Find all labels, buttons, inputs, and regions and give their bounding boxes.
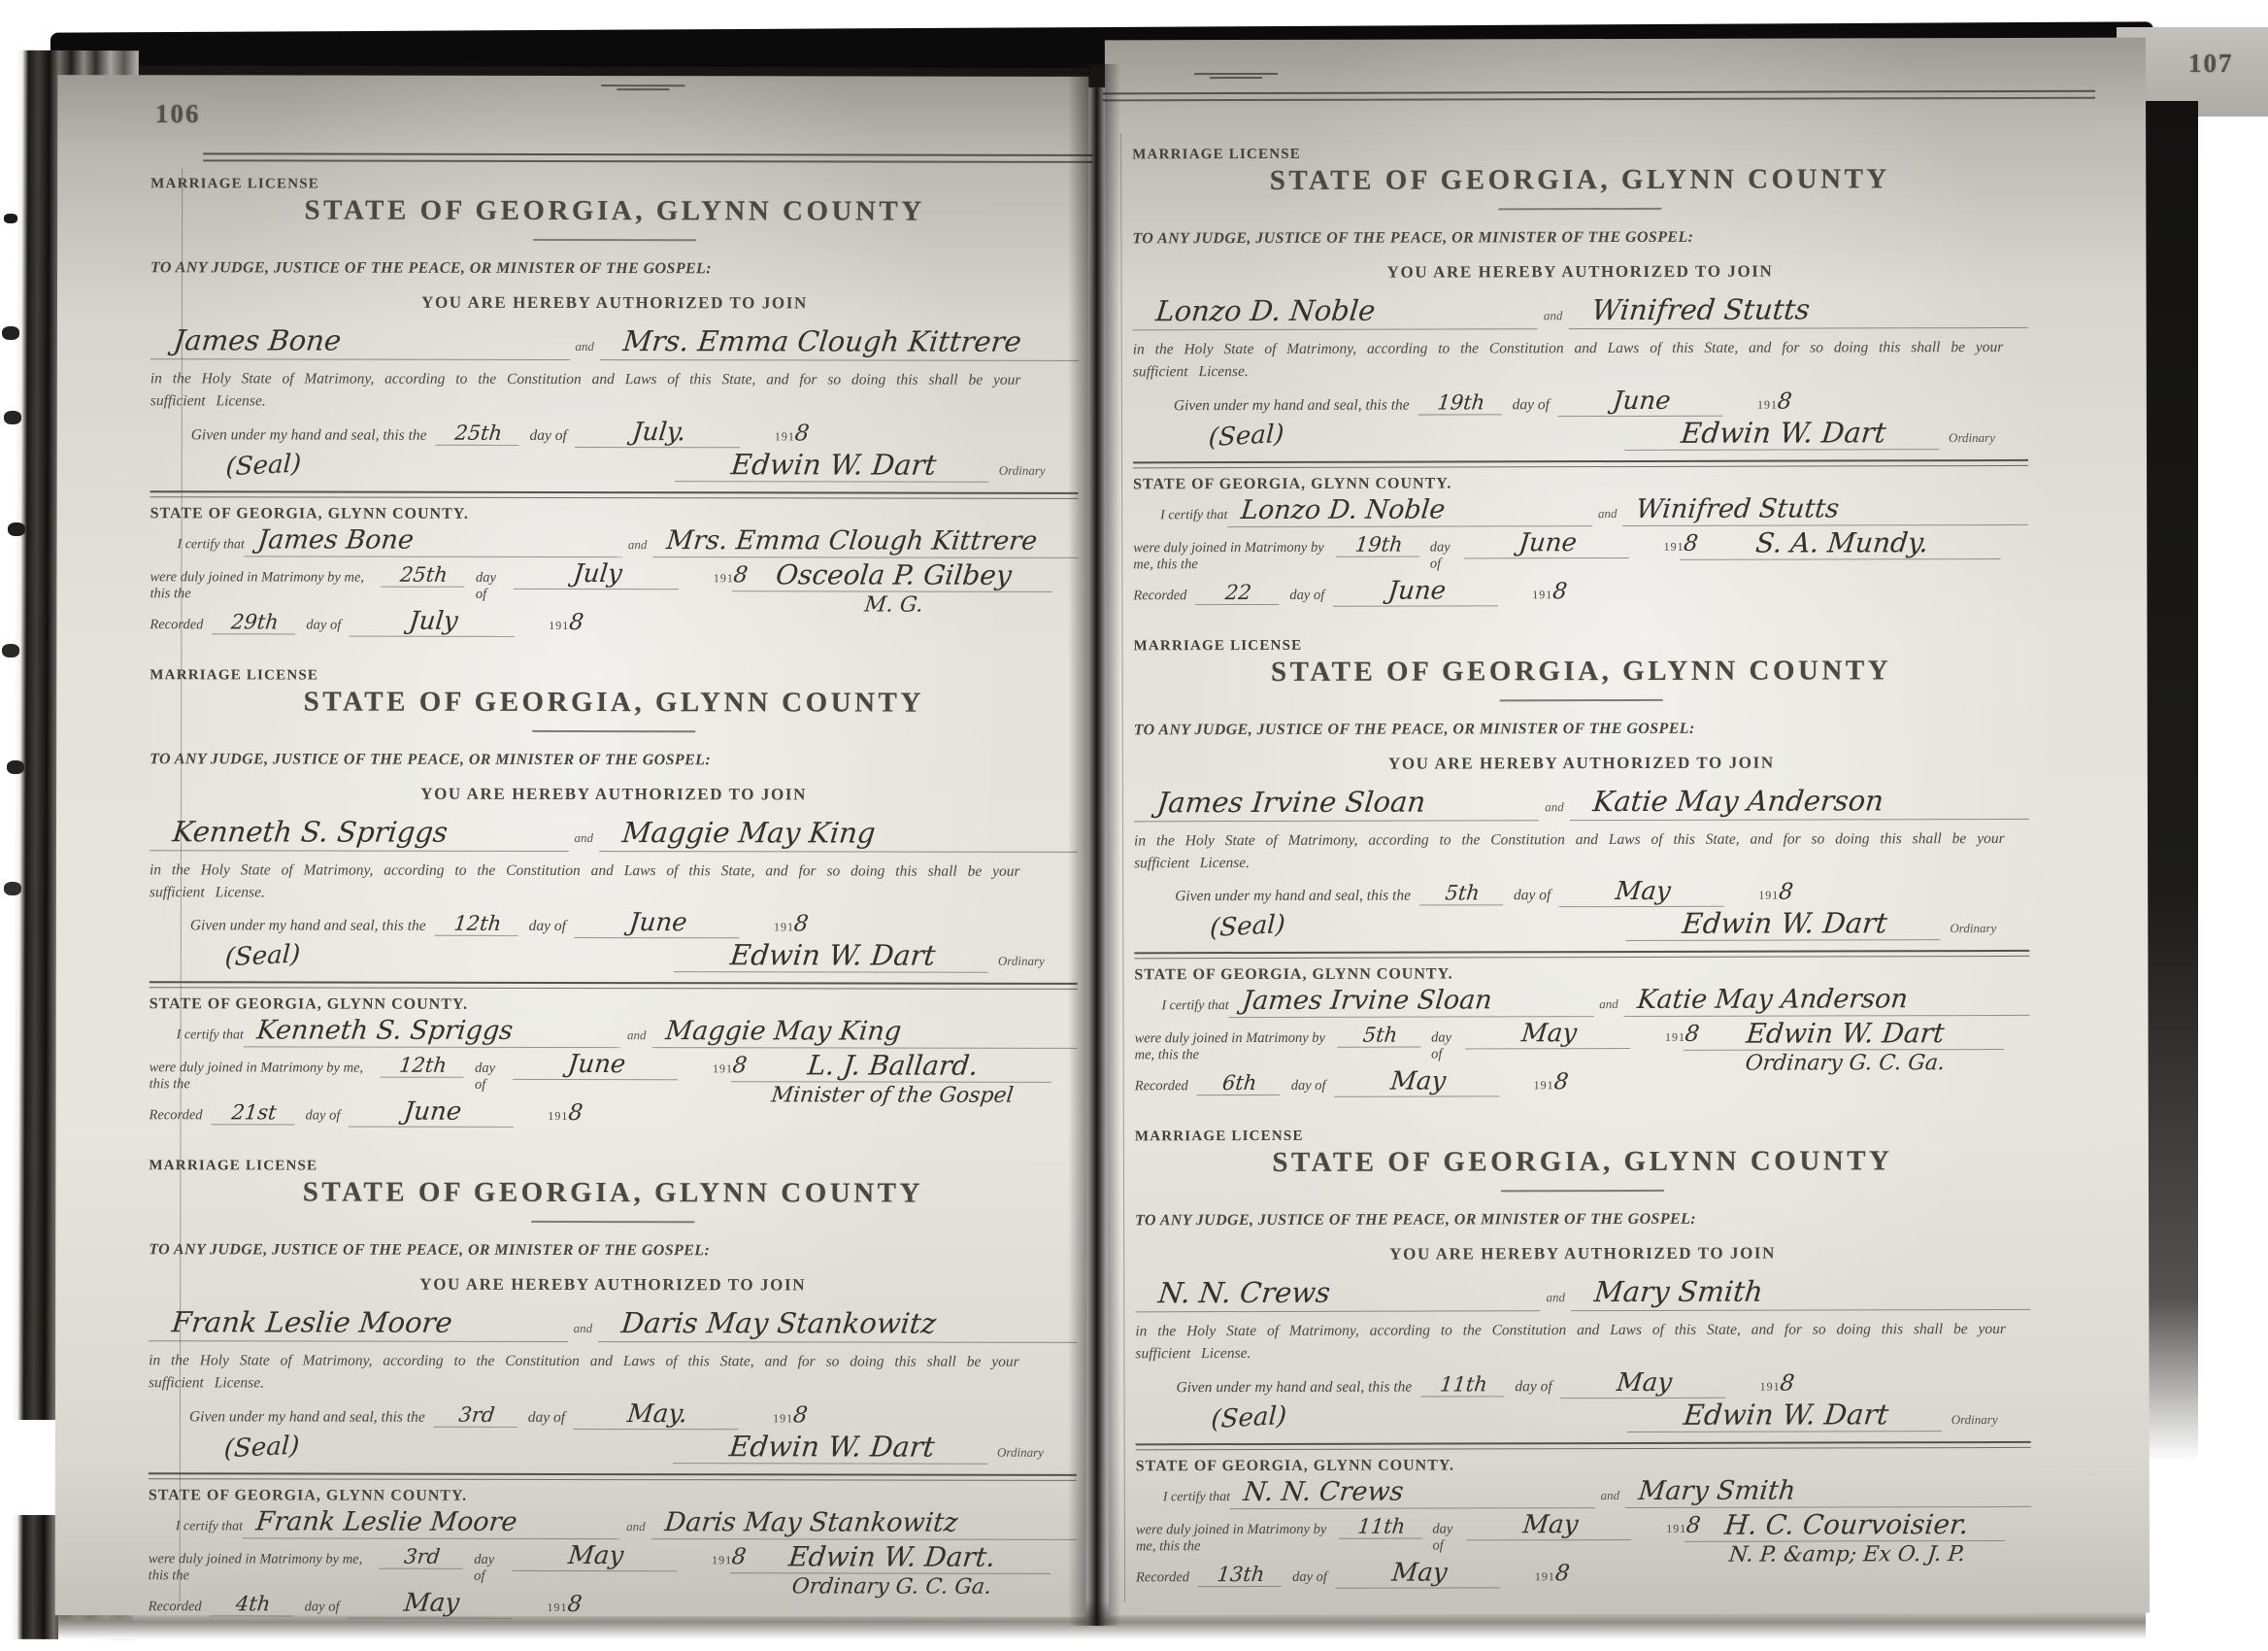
cert-bride-name: Katie May Anderson bbox=[1636, 984, 1910, 1015]
cert-bride-field: Winifred Stutts bbox=[1622, 492, 2028, 525]
officiant-signature: L. J. Ballard. bbox=[731, 1049, 1055, 1083]
license-year-suffix: 8 bbox=[792, 1402, 809, 1428]
joined-day: 5th bbox=[1337, 1024, 1423, 1048]
records-column-right: MARRIAGE LICENSE STATE OF GEORGIA, GLYNN… bbox=[1132, 145, 2031, 1620]
groom-name: Lonzo D. Noble bbox=[1154, 294, 1377, 328]
recorded-year: 1918 bbox=[549, 609, 584, 634]
license-year-suffix: 8 bbox=[793, 421, 810, 446]
and-word: and bbox=[1598, 506, 1618, 522]
year-printed: 191 bbox=[1760, 1379, 1781, 1393]
joined-prefix: were duly joined in Matrimony by me, thi… bbox=[1135, 1030, 1329, 1064]
cert-groom-name: Frank Leslie Moore bbox=[254, 1506, 518, 1536]
marriage-certificate: STATE OF GEORGIA, GLYNN COUNTY. I certif… bbox=[150, 505, 1078, 667]
joined-month: May bbox=[512, 1540, 680, 1570]
year-printed: 191 bbox=[1534, 1078, 1554, 1092]
joined-day: 3rd bbox=[380, 1544, 466, 1568]
seal-signature-row: (Seal) Edwin W. Dart Ordinary bbox=[1133, 415, 2028, 451]
officiant-title: Ordinary G. C. Ga. bbox=[1745, 1051, 1947, 1076]
day-of-label: day of bbox=[529, 918, 566, 935]
year-printed: 191 bbox=[548, 1109, 568, 1123]
cert-bride-field: Maggie May King bbox=[652, 1016, 1078, 1049]
day-of-label: day of bbox=[1514, 887, 1551, 904]
authorized-line: YOU ARE HEREBY AUTHORIZED TO JOIN bbox=[150, 292, 1079, 314]
license-title: STATE OF GEORGIA, GLYNN COUNTY bbox=[150, 686, 1078, 720]
ordinary-signature-block: Edwin W. Dart Ordinary bbox=[677, 448, 1046, 483]
recorded-day: 6th bbox=[1196, 1071, 1283, 1095]
addressee-line: TO ANY JUDGE, JUSTICE OF THE PEACE, OR M… bbox=[1134, 719, 2029, 738]
year-printed: 191 bbox=[547, 1600, 567, 1613]
marriage-record: MARRIAGE LICENSE STATE OF GEORGIA, GLYNN… bbox=[150, 176, 1079, 666]
ordinary-label: Ordinary bbox=[1951, 1412, 1998, 1428]
section-separator-rule bbox=[150, 981, 1078, 990]
printer-imprint bbox=[1194, 73, 1278, 82]
license-body-text: in the Holy State of Matrimony, accordin… bbox=[1135, 1318, 2030, 1365]
cert-bride-name: Daris May Stankowitz bbox=[663, 1507, 959, 1538]
seal-annotation: (Seal) bbox=[224, 940, 301, 973]
groom-name: N. N. Crews bbox=[1157, 1276, 1332, 1309]
license-year: 1918 bbox=[774, 911, 809, 936]
couple-names-line: James Bone and Mrs. Emma Clough Kittrere bbox=[150, 323, 1079, 361]
year-printed: 191 bbox=[549, 618, 569, 631]
joined-day: 12th bbox=[381, 1054, 467, 1078]
day-of-label: day of bbox=[306, 1108, 341, 1125]
recorded-year-suffix: 8 bbox=[566, 1591, 583, 1616]
license-month: June bbox=[574, 908, 742, 938]
officiant-signature: Edwin W. Dart. bbox=[730, 1540, 1054, 1574]
officiant-signature-block: Edwin W. Dart. Ordinary G. C. Ga. bbox=[708, 1540, 1077, 1600]
marriage-certificate: STATE OF GEORGIA, GLYNN COUNTY. I certif… bbox=[1134, 964, 2029, 1127]
ordinary-signature: Edwin W. Dart bbox=[1624, 416, 1943, 451]
marriage-certificate: STATE OF GEORGIA, GLYNN COUNTY. I certif… bbox=[149, 1487, 1077, 1649]
couple-names-line: Lonzo D. Noble and Winifred Stutts bbox=[1133, 292, 2028, 330]
given-prefix: Given under my hand and seal, this the bbox=[1176, 1378, 1412, 1397]
joined-day: 25th bbox=[382, 562, 468, 587]
body-line-1: in the Holy State of Matrimony, accordin… bbox=[1133, 339, 2004, 357]
and-word: and bbox=[1545, 799, 1564, 815]
recorded-day: 13th bbox=[1198, 1562, 1284, 1586]
day-of-label: day of bbox=[475, 1061, 505, 1094]
seal-annotation: (Seal) bbox=[1208, 419, 1284, 452]
and-word: and bbox=[574, 1321, 593, 1336]
printer-imprint bbox=[601, 84, 684, 93]
certify-line: I certify that James Irvine Sloan and Ka… bbox=[1134, 984, 2029, 1018]
recorded-year-suffix: 8 bbox=[1551, 579, 1568, 604]
recorded-month: May bbox=[1335, 1558, 1503, 1588]
recorded-year: 1918 bbox=[1535, 1561, 1570, 1586]
license-body-text: in the Holy State of Matrimony, accordin… bbox=[149, 1349, 1077, 1396]
license-year: 1918 bbox=[775, 421, 810, 446]
marriage-record: MARRIAGE LICENSE STATE OF GEORGIA, GLYNN… bbox=[149, 1158, 1078, 1648]
addressee-line: TO ANY JUDGE, JUSTICE OF THE PEACE, OR M… bbox=[149, 1241, 1077, 1261]
groom-name: Frank Leslie Moore bbox=[170, 1305, 453, 1338]
cert-groom-field: N. N. Crews bbox=[1230, 1476, 1595, 1509]
authorized-line: YOU ARE HEREBY AUTHORIZED TO JOIN bbox=[149, 1274, 1077, 1296]
bride-name: Mary Smith bbox=[1592, 1275, 1764, 1308]
seal-signature-row: (Seal) Edwin W. Dart Ordinary bbox=[1136, 1397, 2031, 1432]
addressee-line: TO ANY JUDGE, JUSTICE OF THE PEACE, OR M… bbox=[150, 751, 1078, 770]
ordinary-signature: Edwin W. Dart bbox=[1627, 1398, 1946, 1432]
couple-names-line: Frank Leslie Moore and Daris May Stankow… bbox=[149, 1305, 1077, 1343]
section-separator-rule bbox=[149, 1472, 1077, 1481]
seal-annotation: (Seal) bbox=[1211, 1400, 1287, 1433]
bride-name-field: Mary Smith bbox=[1571, 1274, 2030, 1311]
officiant-signature: Edwin W. Dart bbox=[1684, 1017, 2007, 1051]
and-word: and bbox=[627, 1028, 647, 1043]
day-of-label: day of bbox=[1291, 1078, 1326, 1095]
recorded-month: July bbox=[350, 606, 517, 636]
marriage-record: MARRIAGE LICENSE STATE OF GEORGIA, GLYNN… bbox=[149, 667, 1078, 1158]
certificate-header: STATE OF GEORGIA, GLYNN COUNTY. bbox=[150, 995, 1078, 1015]
ordinary-signature-block: Edwin W. Dart Ordinary bbox=[675, 1430, 1044, 1465]
certify-line: I certify that Lonzo D. Noble and Winifr… bbox=[1133, 492, 2028, 526]
recorded-label: Recorded bbox=[1133, 588, 1186, 604]
and-word: and bbox=[1546, 1290, 1565, 1305]
bride-name: Katie May Anderson bbox=[1591, 784, 1885, 818]
cert-bride-name: Maggie May King bbox=[664, 1016, 903, 1046]
recorded-day: 4th bbox=[210, 1592, 296, 1616]
day-of-label: day of bbox=[1292, 1568, 1327, 1585]
addressee-line: TO ANY JUDGE, JUSTICE OF THE PEACE, OR M… bbox=[150, 259, 1079, 279]
given-line: Given under my hand and seal, this the 5… bbox=[1134, 876, 2029, 908]
bride-name-field: Mrs. Emma Clough Kittrere bbox=[600, 324, 1079, 361]
body-line-2: sufficient License. bbox=[1135, 1345, 1251, 1362]
officiant-signature-block: Osceola P. Gilbey M. G. bbox=[709, 558, 1078, 618]
recorded-month: May bbox=[1334, 1066, 1502, 1096]
recorded-year: 1918 bbox=[1534, 1069, 1569, 1095]
certificate-header: STATE OF GEORGIA, GLYNN COUNTY. bbox=[150, 505, 1079, 524]
bride-name: Maggie May King bbox=[620, 816, 877, 849]
year-printed: 191 bbox=[773, 1411, 793, 1425]
body-line-2: sufficient License. bbox=[1134, 855, 1250, 871]
body-line-1: in the Holy State of Matrimony, accordin… bbox=[150, 861, 1020, 880]
book-gutter-shadow bbox=[1068, 64, 1120, 1626]
officiant-signature: Osceola P. Gilbey bbox=[732, 558, 1056, 592]
title-rule bbox=[531, 1221, 694, 1223]
section-separator-rule bbox=[1134, 950, 2029, 959]
license-title: STATE OF GEORGIA, GLYNN COUNTY bbox=[149, 1176, 1077, 1210]
recorded-year-suffix: 8 bbox=[567, 1100, 584, 1126]
ordinary-label: Ordinary bbox=[997, 1444, 1044, 1460]
page-number-left: 106 bbox=[155, 99, 201, 129]
recorded-month: June bbox=[1333, 576, 1501, 606]
year-printed: 191 bbox=[1757, 397, 1778, 411]
groom-name: James Bone bbox=[172, 323, 343, 356]
section-separator-rule bbox=[150, 490, 1079, 499]
title-rule bbox=[1501, 1190, 1664, 1192]
year-printed: 191 bbox=[1758, 889, 1779, 902]
cert-bride-name: Winifred Stutts bbox=[1635, 493, 1841, 524]
certificate-header: STATE OF GEORGIA, GLYNN COUNTY. bbox=[1133, 473, 2028, 492]
joined-month: June bbox=[513, 1050, 681, 1080]
day-of-label: day of bbox=[305, 1599, 340, 1615]
license-year: 1918 bbox=[773, 1402, 808, 1428]
and-word: and bbox=[628, 537, 648, 553]
year-printed: 191 bbox=[775, 429, 795, 443]
body-line-2: sufficient License. bbox=[1133, 363, 1249, 380]
license-month: June bbox=[1557, 386, 1725, 416]
license-year: 1918 bbox=[1758, 880, 1793, 905]
cert-groom-name: James Bone bbox=[256, 524, 416, 555]
marriage-certificate: STATE OF GEORGIA, GLYNN COUNTY. I certif… bbox=[1133, 473, 2028, 635]
groom-name-field: N. N. Crews bbox=[1135, 1275, 1540, 1312]
day-of-label: day of bbox=[1431, 1029, 1457, 1062]
given-prefix: Given under my hand and seal, this the bbox=[191, 426, 427, 444]
cert-bride-field: Katie May Anderson bbox=[1624, 984, 2030, 1017]
couple-names-line: N. N. Crews and Mary Smith bbox=[1135, 1274, 2030, 1312]
recorded-label: Recorded bbox=[149, 1107, 202, 1124]
license-day: 25th bbox=[435, 421, 521, 445]
recorded-day: 21st bbox=[211, 1100, 297, 1125]
addressee-line: TO ANY JUDGE, JUSTICE OF THE PEACE, OR M… bbox=[1135, 1210, 2030, 1230]
license-year-suffix: 8 bbox=[1779, 1370, 1795, 1396]
marriage-record: MARRIAGE LICENSE STATE OF GEORGIA, GLYNN… bbox=[1135, 1127, 2031, 1618]
couple-names-line: Kenneth S. Spriggs and Maggie May King bbox=[150, 815, 1078, 853]
page-number-right: 107 bbox=[2188, 49, 2234, 79]
and-word: and bbox=[575, 339, 594, 354]
certify-line: I certify that N. N. Crews and Mary Smit… bbox=[1136, 1474, 2031, 1508]
given-prefix: Given under my hand and seal, this the bbox=[1175, 888, 1411, 906]
license-day: 3rd bbox=[433, 1402, 519, 1427]
officiant-title: Minister of the Gospel bbox=[771, 1083, 1016, 1107]
marriage-license-label: MARRIAGE LICENSE bbox=[1135, 1127, 2030, 1145]
cert-groom-name: N. N. Crews bbox=[1242, 1476, 1405, 1506]
license-month: May. bbox=[573, 1399, 741, 1430]
license-day: 5th bbox=[1419, 881, 1506, 905]
bride-name-field: Katie May Anderson bbox=[1570, 783, 2029, 820]
recorded-year: 1918 bbox=[547, 1591, 582, 1616]
seal-signature-row: (Seal) Edwin W. Dart Ordinary bbox=[149, 1429, 1077, 1465]
day-of-label: day of bbox=[1432, 1521, 1458, 1554]
certify-line: I certify that James Bone and Mrs. Emma … bbox=[150, 524, 1079, 558]
joined-prefix: were duly joined in Matrimony by me, thi… bbox=[149, 1551, 372, 1584]
couple-names-line: James Irvine Sloan and Katie May Anderso… bbox=[1134, 783, 2029, 821]
officiant-title: N. P. &amp; Ex O. J. P. bbox=[1727, 1542, 1965, 1567]
marriage-certificate: STATE OF GEORGIA, GLYNN COUNTY. I certif… bbox=[1136, 1455, 2031, 1617]
officiant-signature-block: L. J. Ballard. Minister of the Gospel bbox=[709, 1049, 1078, 1108]
and-word: and bbox=[575, 830, 594, 846]
seal-annotation: (Seal) bbox=[1209, 910, 1285, 943]
cert-bride-field: Mary Smith bbox=[1625, 1474, 2031, 1507]
section-separator-rule bbox=[1133, 458, 2028, 467]
license-year-suffix: 8 bbox=[1778, 880, 1794, 905]
cert-groom-name: James Irvine Sloan bbox=[1241, 985, 1493, 1016]
cert-groom-field: Frank Leslie Moore bbox=[243, 1506, 620, 1539]
seal-annotation: (Seal) bbox=[223, 1431, 300, 1464]
cert-bride-name: Mary Smith bbox=[1637, 1475, 1797, 1505]
ordinary-label: Ordinary bbox=[1949, 430, 1995, 446]
day-of-label: day of bbox=[476, 569, 506, 602]
officiant-title: Ordinary G. C. Ga. bbox=[791, 1574, 993, 1599]
recorded-year: 1918 bbox=[548, 1100, 583, 1126]
license-month: July. bbox=[575, 418, 743, 448]
title-rule bbox=[533, 239, 696, 241]
marriage-license-label: MARRIAGE LICENSE bbox=[150, 176, 1079, 194]
day-of-label: day of bbox=[528, 1408, 565, 1426]
license-body-text: in the Holy State of Matrimony, accordin… bbox=[1134, 826, 2029, 874]
joined-prefix: were duly joined in Matrimony by me, thi… bbox=[1133, 539, 1327, 573]
page-right: MARRIAGE LICENSE STATE OF GEORGIA, GLYNN… bbox=[1105, 38, 2150, 1616]
certify-prefix: I certify that bbox=[177, 1028, 244, 1043]
license-body-text: in the Holy State of Matrimony, accordin… bbox=[1133, 336, 2028, 384]
license-title: STATE OF GEORGIA, GLYNN COUNTY bbox=[1134, 654, 2029, 688]
given-line: Given under my hand and seal, this the 3… bbox=[149, 1398, 1077, 1431]
recorded-month: May bbox=[348, 1588, 516, 1618]
joined-day: 19th bbox=[1335, 532, 1421, 556]
body-line-2: sufficient License. bbox=[150, 884, 265, 900]
certify-prefix: I certify that bbox=[178, 537, 245, 553]
license-day: 12th bbox=[434, 912, 520, 936]
groom-name-field: Kenneth S. Spriggs bbox=[150, 815, 569, 852]
ordinary-signature: Edwin W. Dart bbox=[673, 1430, 991, 1465]
joined-prefix: were duly joined in Matrimony by me, thi… bbox=[150, 569, 373, 602]
license-title: STATE OF GEORGIA, GLYNN COUNTY bbox=[150, 194, 1079, 228]
certify-prefix: I certify that bbox=[1163, 1490, 1230, 1505]
day-of-label: day of bbox=[1289, 587, 1324, 603]
page-top-rule bbox=[1103, 90, 2095, 102]
officiant-signature-block: S. A. Mundy. bbox=[1659, 525, 2028, 559]
ordinary-signature: Edwin W. Dart bbox=[674, 938, 992, 973]
groom-name-field: James Bone bbox=[150, 323, 570, 360]
recorded-year-suffix: 8 bbox=[568, 609, 584, 634]
license-title: STATE OF GEORGIA, GLYNN COUNTY bbox=[1135, 1145, 2030, 1179]
authorized-line: YOU ARE HEREBY AUTHORIZED TO JOIN bbox=[1132, 261, 2027, 283]
cert-bride-name: Mrs. Emma Clough Kittrere bbox=[665, 525, 1039, 556]
joined-month: July bbox=[514, 558, 682, 589]
year-printed: 191 bbox=[1535, 1569, 1555, 1583]
cert-groom-field: James Irvine Sloan bbox=[1229, 985, 1594, 1018]
seal-signature-row: (Seal) Edwin W. Dart Ordinary bbox=[1134, 906, 2029, 942]
certificate-header: STATE OF GEORGIA, GLYNN COUNTY. bbox=[1134, 964, 2029, 984]
certificate-header: STATE OF GEORGIA, GLYNN COUNTY. bbox=[1136, 1455, 2031, 1474]
year-printed: 191 bbox=[1532, 588, 1552, 601]
officiant-signature: S. A. Mundy. bbox=[1680, 525, 2003, 559]
marriage-license-label: MARRIAGE LICENSE bbox=[150, 667, 1078, 686]
day-of-label: day of bbox=[306, 617, 341, 633]
marriage-record: MARRIAGE LICENSE STATE OF GEORGIA, GLYNN… bbox=[1132, 145, 2028, 636]
officiant-signature: H. C. Courvoisier. bbox=[1684, 1507, 2008, 1541]
license-day: 11th bbox=[1420, 1372, 1507, 1397]
body-line-1: in the Holy State of Matrimony, accordin… bbox=[150, 370, 1021, 388]
addressee-line: TO ANY JUDGE, JUSTICE OF THE PEACE, OR M… bbox=[1132, 228, 2027, 248]
day-of-label: day of bbox=[474, 1551, 504, 1584]
license-body-text: in the Holy State of Matrimony, accordin… bbox=[150, 367, 1079, 414]
recorded-label: Recorded bbox=[1136, 1569, 1189, 1586]
and-word: and bbox=[626, 1519, 646, 1534]
ordinary-signature-block: Edwin W. Dart Ordinary bbox=[1629, 1398, 1998, 1432]
year-printed: 191 bbox=[774, 920, 794, 933]
joined-prefix: were duly joined in Matrimony by me, thi… bbox=[1136, 1521, 1330, 1555]
seal-signature-row: (Seal) Edwin W. Dart Ordinary bbox=[150, 937, 1078, 973]
joined-month: May bbox=[1467, 1509, 1635, 1539]
officiant-signature-block: H. C. Courvoisier. N. P. &amp; Ex O. J. … bbox=[1662, 1507, 2031, 1567]
groom-name: Kenneth S. Spriggs bbox=[171, 815, 450, 848]
and-word: and bbox=[1601, 1488, 1620, 1503]
given-line: Given under my hand and seal, this the 1… bbox=[1133, 385, 2028, 417]
authorized-line: YOU ARE HEREBY AUTHORIZED TO JOIN bbox=[150, 784, 1078, 805]
ordinary-signature: Edwin W. Dart bbox=[675, 448, 993, 483]
groom-name-field: Lonzo D. Noble bbox=[1133, 293, 1538, 330]
license-year: 1918 bbox=[1757, 388, 1792, 414]
ordinary-label: Ordinary bbox=[999, 462, 1046, 478]
cert-bride-field: Mrs. Emma Clough Kittrere bbox=[652, 525, 1078, 558]
bride-name: Winifred Stutts bbox=[1590, 293, 1812, 327]
given-prefix: Given under my hand and seal, this the bbox=[189, 1408, 425, 1426]
bride-name: Daris May Stankowitz bbox=[619, 1306, 938, 1340]
title-rule bbox=[532, 729, 695, 731]
recorded-day: 29th bbox=[212, 610, 298, 634]
marriage-license-label: MARRIAGE LICENSE bbox=[1132, 145, 2027, 163]
ordinary-signature: Edwin W. Dart bbox=[1626, 906, 1945, 941]
given-prefix: Given under my hand and seal, this the bbox=[190, 917, 426, 934]
license-year: 1918 bbox=[1760, 1370, 1795, 1396]
recorded-year: 1918 bbox=[1532, 579, 1567, 604]
recorded-year-suffix: 8 bbox=[1552, 1069, 1569, 1095]
recorded-label: Recorded bbox=[150, 617, 203, 633]
given-prefix: Given under my hand and seal, this the bbox=[1174, 396, 1410, 415]
marriage-license-label: MARRIAGE LICENSE bbox=[149, 1158, 1077, 1176]
cert-groom-name: Lonzo D. Noble bbox=[1240, 494, 1447, 525]
cert-bride-field: Daris May Stankowitz bbox=[651, 1507, 1077, 1540]
records-column-left: MARRIAGE LICENSE STATE OF GEORGIA, GLYNN… bbox=[149, 176, 1080, 1650]
license-month: May bbox=[1560, 1367, 1728, 1398]
marriage-certificate: STATE OF GEORGIA, GLYNN COUNTY. I certif… bbox=[149, 995, 1077, 1158]
groom-name-field: James Irvine Sloan bbox=[1134, 785, 1539, 822]
seal-annotation: (Seal) bbox=[225, 449, 302, 482]
given-line: Given under my hand and seal, this the 2… bbox=[150, 417, 1079, 449]
cert-groom-name: Kenneth S. Spriggs bbox=[255, 1015, 515, 1045]
cert-groom-field: Kenneth S. Spriggs bbox=[244, 1015, 621, 1048]
certify-line: I certify that Kenneth S. Spriggs and Ma… bbox=[150, 1015, 1078, 1049]
recorded-label: Recorded bbox=[149, 1599, 202, 1615]
recorded-year-suffix: 8 bbox=[1554, 1561, 1571, 1586]
ordinary-signature-block: Edwin W. Dart Ordinary bbox=[676, 938, 1045, 973]
day-of-label: day of bbox=[1513, 396, 1550, 414]
license-body-text: in the Holy State of Matrimony, accordin… bbox=[150, 859, 1078, 905]
page-left: MARRIAGE LICENSE STATE OF GEORGIA, GLYNN… bbox=[55, 75, 1089, 1617]
body-line-2: sufficient License. bbox=[150, 392, 266, 409]
joined-month: June bbox=[1464, 527, 1632, 557]
bride-name-field: Daris May Stankowitz bbox=[598, 1306, 1077, 1343]
cert-groom-field: James Bone bbox=[245, 524, 622, 557]
license-year-suffix: 8 bbox=[1777, 388, 1793, 414]
joined-month: May bbox=[1465, 1019, 1633, 1049]
marriage-license-label: MARRIAGE LICENSE bbox=[1133, 635, 2028, 654]
body-line-1: in the Holy State of Matrimony, accordin… bbox=[149, 1352, 1019, 1370]
scan-left-ink-marks bbox=[4, 214, 17, 223]
joined-prefix: were duly joined in Matrimony by me, thi… bbox=[150, 1060, 373, 1093]
bride-name: Mrs. Emma Clough Kittrere bbox=[621, 324, 1023, 358]
ordinary-label: Ordinary bbox=[1950, 921, 1996, 936]
cert-groom-field: Lonzo D. Noble bbox=[1227, 494, 1592, 527]
day-of-label: day of bbox=[530, 426, 567, 444]
certificate-header: STATE OF GEORGIA, GLYNN COUNTY. bbox=[149, 1487, 1077, 1506]
body-line-1: in the Holy State of Matrimony, accordin… bbox=[1134, 829, 2005, 848]
body-line-2: sufficient License. bbox=[149, 1374, 264, 1391]
ordinary-signature-block: Edwin W. Dart Ordinary bbox=[1626, 416, 1995, 451]
page-top-rule bbox=[203, 152, 1092, 163]
and-word: and bbox=[1544, 308, 1563, 323]
groom-name-field: Frank Leslie Moore bbox=[149, 1305, 568, 1342]
ordinary-signature-block: Edwin W. Dart Ordinary bbox=[1627, 906, 1996, 941]
given-line: Given under my hand and seal, this the 1… bbox=[1135, 1366, 2030, 1398]
recorded-month: June bbox=[349, 1097, 517, 1128]
license-day: 19th bbox=[1417, 390, 1504, 415]
authorized-line: YOU ARE HEREBY AUTHORIZED TO JOIN bbox=[1135, 1243, 2030, 1264]
license-title: STATE OF GEORGIA, GLYNN COUNTY bbox=[1132, 163, 2027, 197]
license-year-suffix: 8 bbox=[793, 911, 810, 936]
certify-prefix: I certify that bbox=[1161, 998, 1228, 1014]
ordinary-label: Ordinary bbox=[998, 954, 1045, 969]
